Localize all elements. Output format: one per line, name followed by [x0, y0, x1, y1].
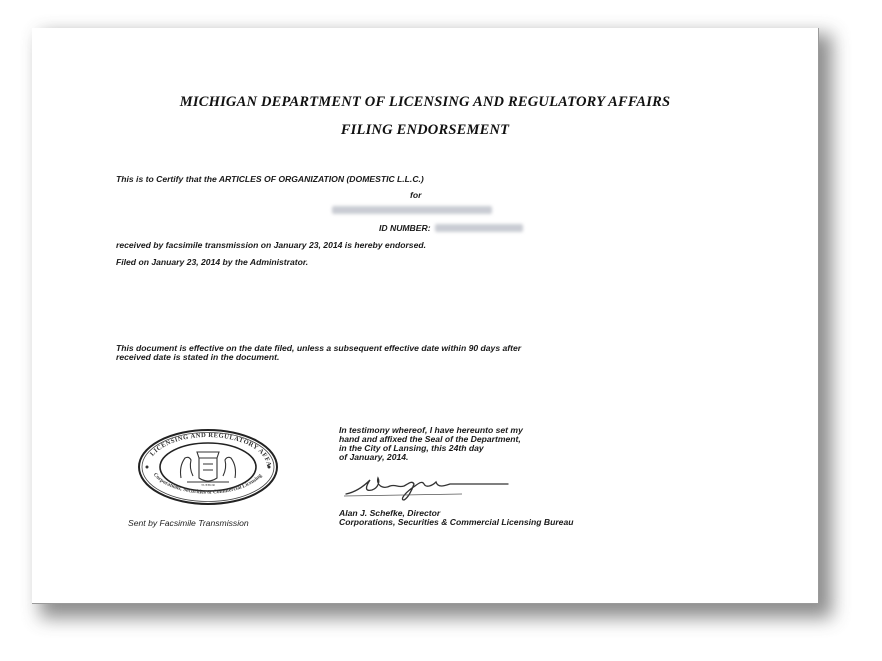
svg-text:LICENSING AND REGULATORY AFFAI: LICENSING AND REGULATORY AFFAIRS — [137, 428, 272, 467]
document-page: MICHIGAN DEPARTMENT OF LICENSING AND REG… — [32, 28, 819, 604]
id-number-label: ID NUMBER: — [379, 223, 431, 233]
state-seal-icon: LICENSING AND REGULATORY AFFAIRS Corpora… — [137, 428, 279, 506]
agency-title: MICHIGAN DEPARTMENT OF LICENSING AND REG… — [32, 94, 818, 111]
certification-line: This is to Certify that the ARTICLES OF … — [116, 174, 424, 184]
testimony-line4: of January, 2014. — [339, 452, 408, 462]
for-label: for — [410, 190, 421, 200]
signature-icon — [342, 472, 512, 502]
received-line: received by facsimile transmission on Ja… — [116, 240, 426, 250]
redacted-id-number — [435, 224, 523, 232]
filed-line: Filed on January 23, 2014 by the Adminis… — [116, 257, 308, 267]
signatory-bureau: Corporations, Securities & Commercial Li… — [339, 517, 573, 527]
effective-notice-line2: received date is stated in the document. — [116, 352, 279, 362]
document-title: FILING ENDORSEMENT — [32, 122, 818, 139]
redacted-entity-name — [332, 206, 492, 214]
svg-text:TUEBOR: TUEBOR — [201, 483, 216, 487]
seal-caption: Sent by Facsimile Transmission — [128, 518, 249, 528]
